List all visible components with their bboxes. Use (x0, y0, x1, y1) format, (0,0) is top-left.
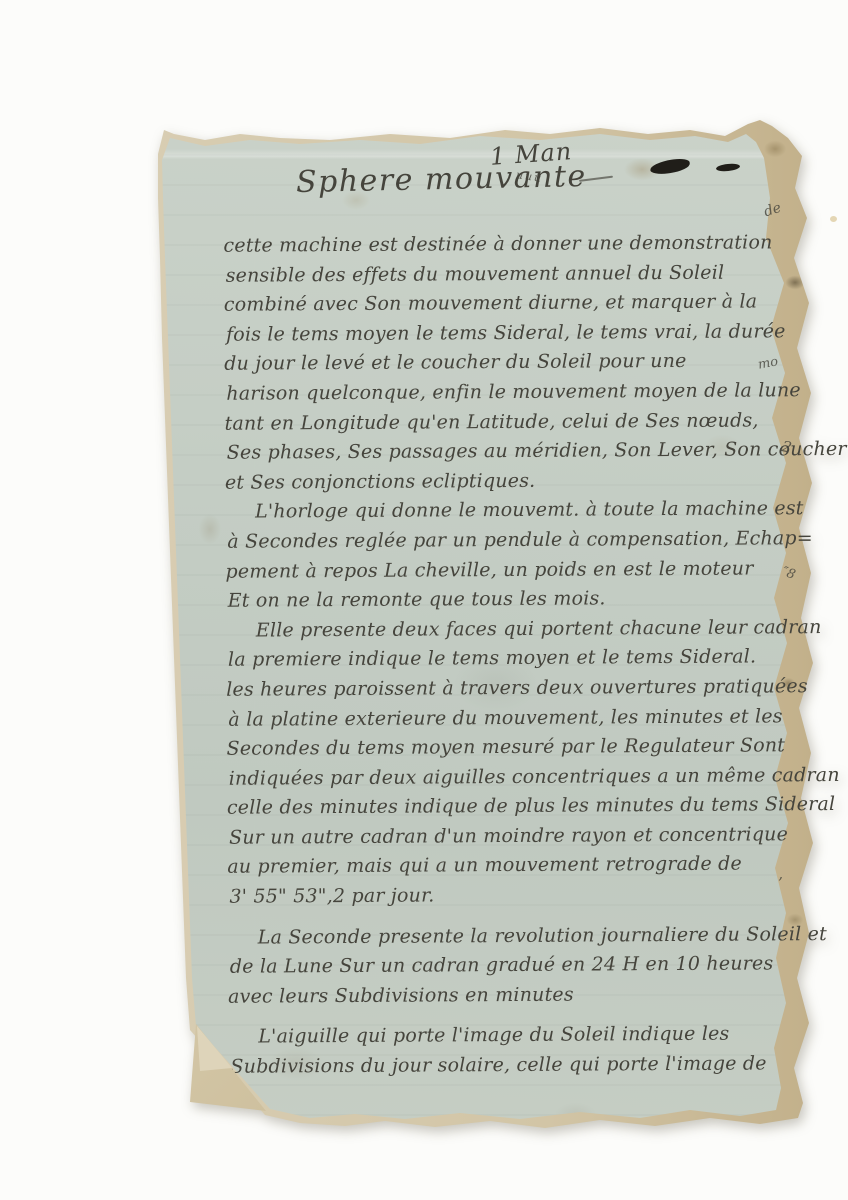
manuscript-paragraph: L'horloge qui donne le mouvemt. à toute … (225, 495, 788, 617)
manuscript-line: sensible des effets du mouvement annuel … (226, 258, 786, 291)
manuscript-line: L'horloge qui donne le mouvemt. à toute … (225, 495, 787, 528)
manuscript-line: cette machine est destinée à donner une … (223, 228, 785, 261)
manuscript-line: fois le tems moyen le tems Sideral, le t… (226, 317, 786, 350)
manuscript-line: Sur un autre cadran d'un moindre rayon e… (229, 820, 789, 853)
document-title: Sphere mouvante (296, 159, 587, 200)
manuscript-line: avec leurs Subdivisions en minutes (228, 979, 790, 1012)
manuscript-line: L'aiguille qui porte l'image du Soleil i… (228, 1020, 790, 1053)
manuscript-line: de la Lune Sur un cadran gradué en 24 H … (230, 950, 790, 983)
manuscript-line: Secondes du tems moyen mesuré par le Reg… (226, 731, 788, 764)
manuscript-body: cette machine est destinée à donner une … (223, 228, 790, 1082)
manuscript-paragraph: cette machine est destinée à donner une … (223, 228, 787, 498)
manuscript-line: à Secondes reglée par un pendule à compe… (227, 524, 787, 557)
manuscript-sheet: 1 Man uuu Sphere mouvante cette machine … (150, 118, 815, 1146)
ink-blot-icon (649, 157, 690, 175)
manuscript-line: Subdivisions du jour solaire, celle qui … (230, 1049, 790, 1082)
manuscript-line: Et on ne la remonte que tous les mois. (228, 583, 788, 616)
margin-mark: de (762, 200, 783, 221)
manuscript-line: La Seconde presente la revolution journa… (228, 920, 790, 953)
manuscript-line: et Ses conjonctions ecliptiques. (225, 465, 787, 498)
manuscript-line: indiquées par deux aiguilles concentriqu… (229, 761, 789, 794)
manuscript-line: celle des minutes indique de plus les mi… (227, 791, 789, 824)
manuscript-paragraph: L'aiguille qui porte l'image du Soleil i… (228, 1020, 790, 1083)
manuscript-line: à la platine exterieure du mouvement, le… (228, 702, 788, 735)
manuscript-line: Ses phases, Ses passages au méridien, So… (227, 435, 787, 468)
manuscript-line: du jour le levé et le coucher du Soleil … (224, 347, 786, 380)
manuscript-paragraph: Elle presente deux faces qui portent cha… (226, 613, 790, 912)
manuscript-line: la premiere indique le tems moyen et le … (228, 643, 788, 676)
manuscript-line: pement à repos La cheville, un poids en … (225, 554, 787, 587)
manuscript-paragraph: La Seconde presente la revolution journa… (228, 920, 791, 1012)
manuscript-line: 3' 55" 53",2 par jour. (229, 879, 789, 912)
manuscript-line: les heures paroissent à travers deux ouv… (226, 672, 788, 705)
scanner-debris-dot (830, 216, 837, 222)
margin-mark: ’ (778, 874, 783, 892)
manuscript-line: combiné avec Son mouvement diurne, et ma… (224, 287, 786, 320)
manuscript-line: tant en Longitude qu'en Latitude, celui … (224, 406, 786, 439)
manuscript-line: Elle presente deux faces qui portent cha… (226, 613, 788, 646)
ink-blot-icon (716, 163, 741, 172)
manuscript-line: au premier, mais qui a un mouvement retr… (227, 850, 789, 883)
manuscript-line: harison quelconque, enfin le mouvement m… (226, 376, 786, 409)
manuscript-content: 1 Man uuu Sphere mouvante cette machine … (150, 118, 815, 1146)
document-scan: 1 Man uuu Sphere mouvante cette machine … (0, 0, 848, 1200)
